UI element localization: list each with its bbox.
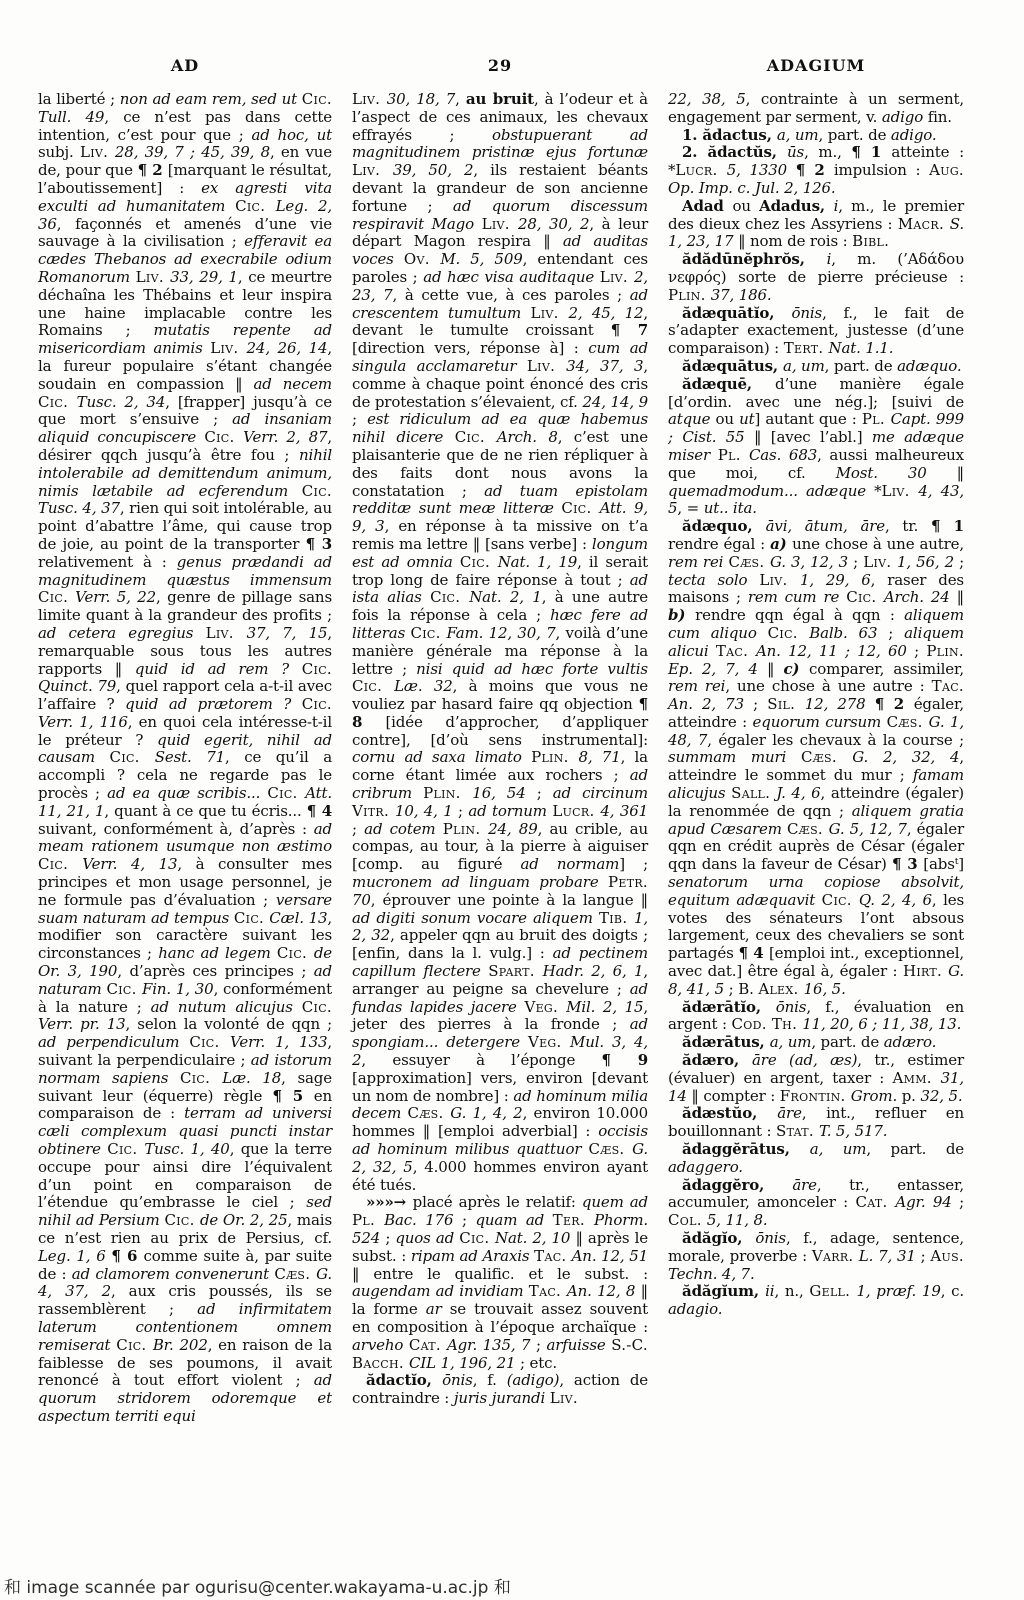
text-run: atque xyxy=(668,410,716,428)
entry-paragraph: ădæquātĭo, ōnis, f., le fait de s’adapte… xyxy=(668,305,964,358)
text-run: ut.. ita. xyxy=(704,499,757,517)
text-run: Cic. xyxy=(459,1229,495,1247)
text-run: Sest. 71 xyxy=(155,748,225,766)
text-run: ad perpendiculum xyxy=(38,1033,189,1051)
text-run: Leg. 1, 6 xyxy=(38,1247,111,1265)
text-run: 37, 186. xyxy=(711,286,772,304)
text-run: Br. 202 xyxy=(153,1336,208,1354)
entry-paragraph: Adad ou Adadus, i, m., le premier des di… xyxy=(668,198,964,251)
text-run: , part. de xyxy=(866,1140,964,1158)
text-run: tecta solo xyxy=(668,571,759,589)
text-run: G. 1, 4, 2 xyxy=(450,1104,522,1122)
text-run: Cic. xyxy=(302,90,332,108)
text-run: ‖ xyxy=(767,660,784,678)
text-run: ădærātus, xyxy=(682,1033,770,1051)
text-run: Ep. 2, 7, 4 xyxy=(668,660,767,678)
text-run: a, um xyxy=(777,126,819,144)
text-run: ou xyxy=(732,197,759,215)
text-run: Col. xyxy=(668,1211,707,1229)
text-run: Plin. xyxy=(423,784,472,802)
text-run: G. 2, 32, 4 xyxy=(852,748,959,766)
text-run: ; xyxy=(352,820,364,838)
text-run: 32, 5. xyxy=(920,1087,962,1105)
text-run: Plin. xyxy=(668,286,711,304)
column-1: la liberté ; non ad eam rem, sed ut Cic.… xyxy=(38,91,332,1553)
text-run: ‖ xyxy=(957,588,964,606)
text-run: ădactĭo, xyxy=(366,1371,442,1389)
text-run: Cæs. xyxy=(728,553,770,571)
text-run: Verr. pr. 13 xyxy=(38,1015,126,1033)
text-run: 34, 37, 3 xyxy=(566,357,643,375)
text-run: 1. ădactus, xyxy=(682,126,777,144)
text-run: Most. 30 xyxy=(836,464,957,482)
running-head: AD 29 ADAGIUM xyxy=(0,0,1024,75)
text-run: āre xyxy=(792,1176,817,1194)
text-run: Lucr. xyxy=(552,802,600,820)
text-run: Pl. xyxy=(718,446,749,464)
text-run: Sil. xyxy=(767,695,805,713)
text-run: Cic. xyxy=(107,1140,144,1158)
text-run: relativement à : xyxy=(38,553,177,571)
text-run: Verr. 1, 133 xyxy=(230,1033,327,1051)
text-run: Cat. xyxy=(409,1336,447,1354)
text-run: ad tornum xyxy=(468,802,552,820)
text-run: Tert. xyxy=(784,339,829,357)
text-run: Cic. xyxy=(235,197,275,215)
text-run: Tac. xyxy=(529,1282,567,1300)
text-run: , f. xyxy=(473,1371,507,1389)
text-run: Spart. xyxy=(488,962,542,980)
text-run: non ad eam rem, sed ut xyxy=(120,90,302,108)
text-run: Cic. xyxy=(38,588,75,606)
text-run: Liv. xyxy=(550,1389,578,1407)
text-run: Mil. 2, 15 xyxy=(566,998,643,1016)
text-run: Liv. xyxy=(136,268,170,286)
text-run: Cic. xyxy=(768,624,810,642)
entry-paragraph: ădæstŭo, āre, int., refluer en bouillonn… xyxy=(668,1105,964,1141)
text-run: Cic. xyxy=(455,428,497,446)
text-run: rem cum re xyxy=(748,588,846,606)
text-run: Cic. xyxy=(430,588,469,606)
text-run: Lucr. xyxy=(675,161,726,179)
text-run: Adad xyxy=(682,197,732,215)
text-run: Sall. xyxy=(731,784,776,802)
text-run: Quinct. 79 xyxy=(38,677,116,695)
text-run: ‖ nom de rois : xyxy=(738,232,852,250)
text-run: Vitr. xyxy=(352,802,395,820)
text-run: Arch. 8 xyxy=(497,428,558,446)
text-run: Balb. 63 xyxy=(809,624,888,642)
text-run: 24, 14, 9 xyxy=(582,393,648,411)
text-run: ad hoc, ut xyxy=(251,126,332,144)
entry-paragraph: ădærātus, a, um, part. de adæro. xyxy=(668,1034,964,1052)
column-3: 22, 38, 5, contrainte à un serment, enga… xyxy=(668,91,964,1553)
text-run: Q. 2, 4, 6 xyxy=(859,891,932,909)
scan-watermark: 和 image scannée par ogurisu@center.wakay… xyxy=(4,1573,511,1598)
text-run: Cæs. xyxy=(408,1104,451,1122)
text-run: c) xyxy=(783,660,809,678)
text-run: Tull. 49 xyxy=(38,108,104,126)
entry-paragraph: ădactĭo, ōnis, f. (adigo), action de con… xyxy=(352,1372,648,1408)
text-run: a) xyxy=(770,535,792,553)
text-run: Tac. xyxy=(716,642,756,660)
text-run: , essuyer à l’éponge xyxy=(361,1051,601,1069)
text-run: Ov. xyxy=(404,250,440,268)
text-run: Verr. 2, 87 xyxy=(243,428,327,446)
text-run: ădæquo, xyxy=(682,517,766,535)
text-run: ădæstŭo, xyxy=(682,1104,777,1122)
text-run: G. 3, 12, 3 xyxy=(770,553,853,571)
text-run: Cic. xyxy=(822,891,859,909)
text-run: ¶ 3 xyxy=(306,535,332,553)
text-run: Cod. Th. xyxy=(732,1015,803,1033)
text-run: , une chose à une autre : xyxy=(725,677,931,695)
text-run: ripam ad Araxis xyxy=(411,1247,534,1265)
text-run: , = xyxy=(677,499,703,517)
text-run: ¶ 1 xyxy=(851,143,891,161)
text-run: Amm. xyxy=(893,1069,941,1087)
text-run: Veg. xyxy=(528,1033,570,1051)
text-run: Cat. xyxy=(855,1193,895,1211)
text-run: ad cetera egregius xyxy=(38,624,206,642)
text-run: ădaggĕrātus, xyxy=(682,1140,810,1158)
text-run: 1, 56, 2 xyxy=(897,553,959,571)
text-run: quid ad prætorem ? xyxy=(125,695,302,713)
text-run: Veg. xyxy=(524,998,566,1016)
text-run: adæro. xyxy=(884,1033,936,1051)
text-run: Liv. xyxy=(352,161,393,179)
text-run: , part. de xyxy=(819,126,891,144)
text-run: Cic. xyxy=(116,1336,153,1354)
text-run: 5, 11, 8. xyxy=(707,1211,768,1229)
text-run: , m., xyxy=(804,143,851,161)
text-run: Cic. xyxy=(189,1033,230,1051)
text-run: 2, 45, 12 xyxy=(568,304,643,322)
text-run: Tusc. 4, 37 xyxy=(38,499,120,517)
text-run: ¶ 2 xyxy=(138,161,168,179)
text-run: arfuisse xyxy=(546,1336,611,1354)
text-run: Bac. 176 xyxy=(384,1211,462,1229)
text-run: āvi, ātum, āre xyxy=(766,517,885,535)
text-run: juris jurandi xyxy=(454,1389,550,1407)
text-run: la liberté ; xyxy=(38,90,120,108)
text-run: adæquo. xyxy=(897,357,961,375)
text-run: Cas. 683 xyxy=(749,446,817,464)
text-run: ut xyxy=(739,410,754,428)
text-run: , n., xyxy=(774,1282,809,1300)
text-run: Nat. 1.1. xyxy=(829,339,894,357)
text-run: ; xyxy=(536,1336,546,1354)
entry-paragraph: ădaggĕro, āre, tr., entasser, accumuler,… xyxy=(668,1177,964,1230)
text-run: ¶ 2 xyxy=(796,161,834,179)
text-run: »»»→ xyxy=(366,1193,413,1211)
text-run: 1, 29, 6 xyxy=(800,571,871,589)
text-run: ‖ [avec l’abl.] xyxy=(754,428,872,446)
text-run: Tac. xyxy=(534,1247,571,1265)
text-run: fin. xyxy=(928,108,952,126)
text-run: Ter. xyxy=(553,1211,594,1229)
column-2: Liv. 30, 18, 7, au bruit, à l’odeur et à… xyxy=(352,91,648,1553)
text-run: Cic. xyxy=(267,784,305,802)
text-run: ¶ 1 xyxy=(931,517,964,535)
text-run: ădăgĭum, xyxy=(682,1282,765,1300)
text-run: ; xyxy=(753,695,767,713)
text-run: quid id ad rem ? xyxy=(135,660,302,678)
text-run: Verr. 4, 13 xyxy=(82,855,177,873)
text-run: T. 5, 517. xyxy=(819,1122,887,1140)
text-run: ; xyxy=(352,410,367,428)
text-run: Plin. xyxy=(531,748,578,766)
entry-paragraph: 1. ădactus, a, um, part. de adigo. xyxy=(668,127,964,145)
text-run: Cic. xyxy=(460,553,498,571)
text-run: Plin. xyxy=(443,820,488,838)
text-run: a, um xyxy=(783,357,825,375)
text-run: , d’après ces principes ; xyxy=(117,962,313,980)
text-run: Alex. xyxy=(758,980,803,998)
entry-paragraph: ădăgĭo, ōnis, f., adage, sentence, moral… xyxy=(668,1230,964,1283)
text-run: summam muri xyxy=(668,748,801,766)
text-run: quem ad xyxy=(582,1193,648,1211)
text-run: 24, 89 xyxy=(488,820,537,838)
text-run: Cic. xyxy=(302,695,332,713)
text-run: Cæs. xyxy=(274,1265,316,1283)
entry-paragraph: ădaggĕrātus, a, um, part. de adaggero. xyxy=(668,1141,964,1177)
text-run: ūs xyxy=(787,143,804,161)
text-run: Cic. xyxy=(234,909,269,927)
text-run: CIL 1, 196, 21 xyxy=(409,1354,520,1372)
text-run: ¶ 3 xyxy=(892,855,923,873)
text-run: Cæs. xyxy=(801,748,852,766)
text-run: 8, 71 xyxy=(578,748,620,766)
text-run: ōnis xyxy=(776,998,807,1016)
text-run: Agr. 94 xyxy=(895,1193,959,1211)
text-run: ¶ 6 xyxy=(111,1247,143,1265)
text-run: comparer, assimiler, xyxy=(809,660,964,678)
text-run: ; xyxy=(914,642,926,660)
text-run: a, um xyxy=(770,1033,812,1051)
text-run: Agr. 135, 7 xyxy=(447,1336,536,1354)
text-run: Fin. 1, 30 xyxy=(142,980,214,998)
text-run: Cæs. xyxy=(589,1140,633,1158)
text-run: Verr. 5, 22 xyxy=(75,588,156,606)
text-run: Cic. xyxy=(38,855,82,873)
text-columns: la liberté ; non ad eam rem, sed ut Cic.… xyxy=(0,75,1024,1553)
text-run: Liv. xyxy=(527,357,566,375)
text-run: ădădūnĕphrŏs, xyxy=(682,250,827,268)
text-run: Arch. 24 xyxy=(884,588,957,606)
text-run: 16, 54 xyxy=(472,784,536,802)
text-run: ădæro, xyxy=(682,1051,752,1069)
entry-paragraph: ădæquo, āvi, ātum, āre, tr. ¶ 1 rendre é… xyxy=(668,518,964,999)
text-run: Pl. xyxy=(862,410,891,428)
text-run: Liv. xyxy=(206,624,247,642)
text-run: ¶ 7 xyxy=(611,321,648,339)
text-run: 2. ădactŭs, xyxy=(682,143,787,161)
text-run: 12, 278 xyxy=(805,695,875,713)
text-run: Op. Imp. c. Jul. 2, 126. xyxy=(668,179,836,197)
text-run: Tusc. 1, 40 xyxy=(144,1140,229,1158)
text-run: 4, 361 xyxy=(600,802,648,820)
text-run: ōnis xyxy=(755,1229,786,1247)
text-run: An. 2, 73 xyxy=(668,695,753,713)
text-run: ar xyxy=(426,1300,450,1318)
text-run: Verr. 1, 116 xyxy=(38,713,128,731)
entry-paragraph: la liberté ; non ad eam rem, sed ut Cic.… xyxy=(38,91,332,1426)
text-run: ] ; xyxy=(619,855,648,873)
text-run: Liv. xyxy=(80,143,115,161)
page-number: 29 xyxy=(352,56,648,75)
entry-paragraph: Liv. 30, 18, 7, au bruit, à l’odeur et à… xyxy=(352,91,648,1194)
text-run: An. 12, 11 ; 12, 60 xyxy=(756,642,914,660)
text-run: , quant à ce que tu écris... xyxy=(104,802,306,820)
text-run: āre xyxy=(777,1104,802,1122)
text-run: Plin. xyxy=(926,642,964,660)
text-run: ad clamorem convenerunt xyxy=(72,1265,275,1283)
text-run: ădăgĭo, xyxy=(682,1229,755,1247)
entry-paragraph: »»»→ placé après le relatif: quem ad Pl.… xyxy=(352,1194,648,1372)
text-run: ōnis xyxy=(792,304,823,322)
text-run: Adadus, xyxy=(759,197,834,215)
text-run: rem rei xyxy=(668,677,725,695)
text-run: ‖ xyxy=(957,464,964,482)
text-run: Cic. xyxy=(352,677,394,695)
text-run: Hadr. 2, 6, 1 xyxy=(543,962,644,980)
text-run: Macr. xyxy=(898,215,950,233)
entry-paragraph: 22, 38, 5, contrainte à un serment, enga… xyxy=(668,91,964,127)
text-run: , xyxy=(455,90,466,108)
text-run: equorum cursum xyxy=(753,713,887,731)
text-run: quam ad xyxy=(475,1211,552,1229)
text-run: subj. xyxy=(38,143,80,161)
text-run: , selon la volonté de qqn ; xyxy=(126,1015,332,1033)
text-run: Liv. xyxy=(482,215,518,233)
text-run: Techn. 4, 7. xyxy=(668,1265,755,1283)
text-run: [idée d’approcher, d’appliquer contre], … xyxy=(352,713,648,749)
text-run: adigo xyxy=(882,108,928,126)
text-run: 22, 38, 5 xyxy=(668,90,746,108)
text-run: placé après le relatif: xyxy=(413,1193,582,1211)
text-run: 30, 18, 7 xyxy=(387,90,455,108)
text-run: Pl. xyxy=(352,1211,384,1229)
text-run: , à cette vue, à ces paroles ; xyxy=(393,286,630,304)
text-run: Læ. 32 xyxy=(394,677,453,695)
text-run: b) xyxy=(668,606,695,624)
text-run: ou xyxy=(716,410,740,428)
text-run: Liv. xyxy=(882,482,919,500)
text-run: ădæquē, xyxy=(682,375,775,393)
text-run: , tr. xyxy=(885,517,931,535)
text-run: ; xyxy=(458,802,468,820)
text-run: Gell. xyxy=(809,1282,856,1300)
text-run: ¶ 2 xyxy=(875,695,914,713)
text-run: Læ. 18 xyxy=(222,1069,281,1087)
text-run: Liv. xyxy=(759,571,800,589)
text-run: ad necem xyxy=(253,375,332,393)
text-run: 28, 39, 7 ; 45, 39, 8 xyxy=(115,143,270,161)
scanned-dictionary-page: AD 29 ADAGIUM la liberté ; non ad eam re… xyxy=(0,0,1024,1600)
text-run: mucronem ad linguam probare xyxy=(352,873,608,891)
entry-paragraph: ădærātĭo, ōnis, f., évaluation en argent… xyxy=(668,999,964,1035)
text-run: suivant, conformément à, d’après : xyxy=(38,820,314,838)
text-run: ad nutum alicujus xyxy=(151,998,302,1016)
text-run: M. 5, 509 xyxy=(440,250,522,268)
text-run: An. 12, 8 xyxy=(567,1282,641,1300)
text-run: Liv. xyxy=(530,304,568,322)
text-run: * xyxy=(874,482,881,500)
text-run: quos ad xyxy=(395,1229,459,1247)
text-run: ‖ entre le qualific. et le subst. : xyxy=(352,1265,648,1283)
text-run: Aug. xyxy=(929,161,964,179)
text-run: adigo. xyxy=(891,126,937,144)
text-run: quemadmodum... adæque xyxy=(668,482,874,500)
text-run: rem rei xyxy=(668,553,728,571)
text-run: Stat. xyxy=(776,1122,819,1140)
text-run: ad normam xyxy=(520,855,619,873)
text-run: ¶ 4 xyxy=(739,944,769,962)
text-run: , part. de xyxy=(825,357,897,375)
text-run: Tib. xyxy=(599,909,634,927)
text-run: Cic. xyxy=(302,482,332,500)
text-run: rendre égal : xyxy=(668,535,770,553)
text-run: ; B. xyxy=(729,980,759,998)
text-run: ; xyxy=(537,784,553,802)
text-run: Fam. 12, 30, 7 xyxy=(447,624,556,642)
entry-paragraph: ădæquē, d’une manière égale [d’ordin. av… xyxy=(668,376,964,518)
text-run: Liv. xyxy=(210,339,246,357)
text-run: Cic. xyxy=(180,1069,222,1087)
text-run: Grom. xyxy=(851,1087,902,1105)
text-run: Cæl. 13 xyxy=(269,909,327,927)
text-run: Hirt. xyxy=(903,962,948,980)
text-run: ădæquātĭo, xyxy=(682,304,792,322)
text-run: (adigo) xyxy=(507,1371,560,1389)
text-run: ad ea quæ scribis... xyxy=(107,784,267,802)
text-run: ; etc. xyxy=(520,1354,557,1372)
text-run: 10, 4, 1 xyxy=(395,802,458,820)
text-run: ; xyxy=(959,1193,964,1211)
header-left-keyword: AD xyxy=(38,56,332,75)
text-run: ¶ 9 xyxy=(602,1051,648,1069)
entry-paragraph: ădăgĭum, ii, n., Gell. 1, præf. 19, c. a… xyxy=(668,1283,964,1319)
text-run: 39, 50, 2 xyxy=(393,161,474,179)
text-run: arveho xyxy=(352,1336,409,1354)
text-run: Tusc. 2, 34 xyxy=(77,393,166,411)
text-run: , c. xyxy=(941,1282,964,1300)
text-run: Tac. xyxy=(932,677,964,695)
text-run: Cic. xyxy=(846,588,884,606)
text-run: Petr. xyxy=(608,873,648,891)
text-run: 28, 30, 2 xyxy=(518,215,589,233)
text-run: , éprouver une pointe à la langue ‖ xyxy=(371,891,648,909)
text-run: ad digiti sonum vocare aliquem xyxy=(352,909,599,927)
text-run: impulsion : xyxy=(834,161,929,179)
text-run: [direction vers, réponse à] : xyxy=(352,339,588,357)
text-run: une chose à une autre, xyxy=(792,535,964,553)
text-run: An. 12, 51 xyxy=(572,1247,648,1265)
text-run: p. xyxy=(902,1087,921,1105)
text-run: ; xyxy=(385,1229,395,1247)
text-run: Liv. xyxy=(863,553,897,571)
text-run: Varr. xyxy=(812,1247,859,1265)
text-run: Bibl. xyxy=(852,232,889,250)
text-run: ; xyxy=(462,1211,475,1229)
text-run: 24, 26, 14 xyxy=(247,339,328,357)
entry-paragraph: 2. ădactŭs, ūs, m., ¶ 1 atteinte : *Lucr… xyxy=(668,144,964,197)
text-run: nisi quid ad hæc forte vultis xyxy=(416,660,648,678)
text-run: , égaler les chevaux à la course ; xyxy=(707,731,964,749)
text-run: Nat. 2, 1 xyxy=(469,588,542,606)
text-run: ădaggĕro, xyxy=(682,1176,792,1194)
